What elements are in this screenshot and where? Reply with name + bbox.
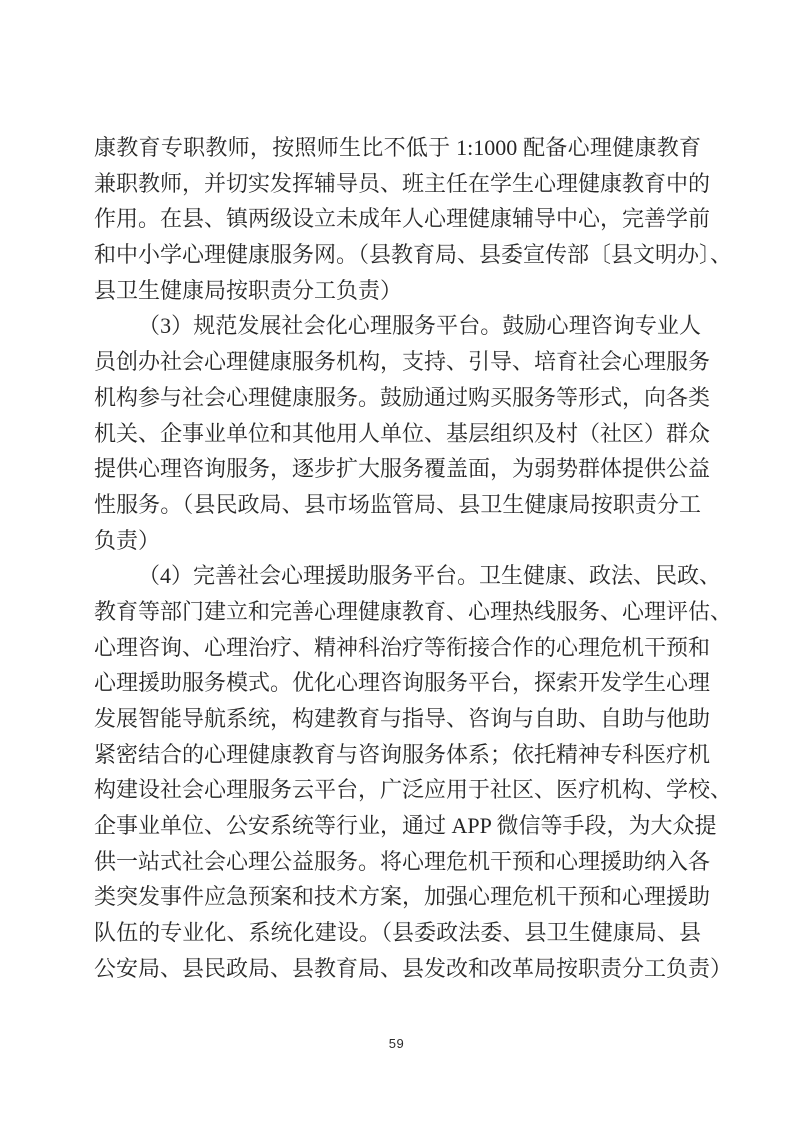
text-line: 公安局、县民政局、县教育局、县发改和改革局按职责分工负责）: [94, 951, 701, 987]
paragraph-3: （4）完善社会心理援助服务平台。卫生健康、政法、民政、教育等部门建立和完善心理健…: [94, 558, 701, 986]
text-line: （3）规范发展社会化心理服务平台。鼓励心理咨询专业人: [94, 308, 701, 344]
text-line: 作用。在县、镇两级设立未成年人心理健康辅导中心，完善学前: [94, 201, 701, 237]
text-line: 县卫生健康局按职责分工负责）: [94, 273, 701, 309]
text-line: 负责）: [94, 523, 701, 559]
text-line: 类突发事件应急预案和技术方案，加强心理危机干预和心理援助: [94, 879, 701, 915]
paragraph-1: 康教育专职教师，按照师生比不低于 1:1000 配备心理健康教育兼职教师，并切实…: [94, 130, 701, 308]
text-block: 康教育专职教师，按照师生比不低于 1:1000 配备心理健康教育兼职教师，并切实…: [94, 130, 701, 987]
text-line: 构建设社会心理服务云平台，广泛应用于社区、医疗机构、学校、: [94, 772, 701, 808]
document-page: 康教育专职教师，按照师生比不低于 1:1000 配备心理健康教育兼职教师，并切实…: [0, 0, 793, 1122]
text-line: 机关、企事业单位和其他用人单位、基层组织及村（社区）群众: [94, 416, 701, 452]
text-line: 提供心理咨询服务，逐步扩大服务覆盖面，为弱势群体提供公益: [94, 451, 701, 487]
text-line: 和中小学心理健康服务网。（县教育局、县委宣传部〔县文明办〕、: [94, 237, 701, 273]
text-line: 康教育专职教师，按照师生比不低于 1:1000 配备心理健康教育: [94, 130, 701, 166]
text-line: 机构参与社会心理健康服务。鼓励通过购买服务等形式，向各类: [94, 380, 701, 416]
text-line: 性服务。（县民政局、县市场监管局、县卫生健康局按职责分工: [94, 487, 701, 523]
text-line: （4）完善社会心理援助服务平台。卫生健康、政法、民政、: [94, 558, 701, 594]
text-line: 企事业单位、公安系统等行业，通过 APP 微信等手段，为大众提: [94, 808, 701, 844]
text-line: 员创办社会心理健康服务机构，支持、引导、培育社会心理服务: [94, 344, 701, 380]
text-line: 紧密结合的心理健康教育与咨询服务体系；依托精神专科医疗机: [94, 737, 701, 773]
text-line: 供一站式社会心理公益服务。将心理危机干预和心理援助纳入各: [94, 844, 701, 880]
paragraph-2: （3）规范发展社会化心理服务平台。鼓励心理咨询专业人员创办社会心理健康服务机构，…: [94, 308, 701, 558]
text-line: 发展智能导航系统，构建教育与指导、咨询与自助、自助与他助: [94, 701, 701, 737]
text-line: 兼职教师，并切实发挥辅导员、班主任在学生心理健康教育中的: [94, 166, 701, 202]
text-line: 心理咨询、心理治疗、精神科治疗等衔接合作的心理危机干预和: [94, 630, 701, 666]
text-line: 队伍的专业化、系统化建设。（县委政法委、县卫生健康局、县: [94, 915, 701, 951]
text-line: 心理援助服务模式。优化心理咨询服务平台，探索开发学生心理: [94, 665, 701, 701]
page-number: 59: [0, 1036, 793, 1051]
text-line: 教育等部门建立和完善心理健康教育、心理热线服务、心理评估、: [94, 594, 701, 630]
